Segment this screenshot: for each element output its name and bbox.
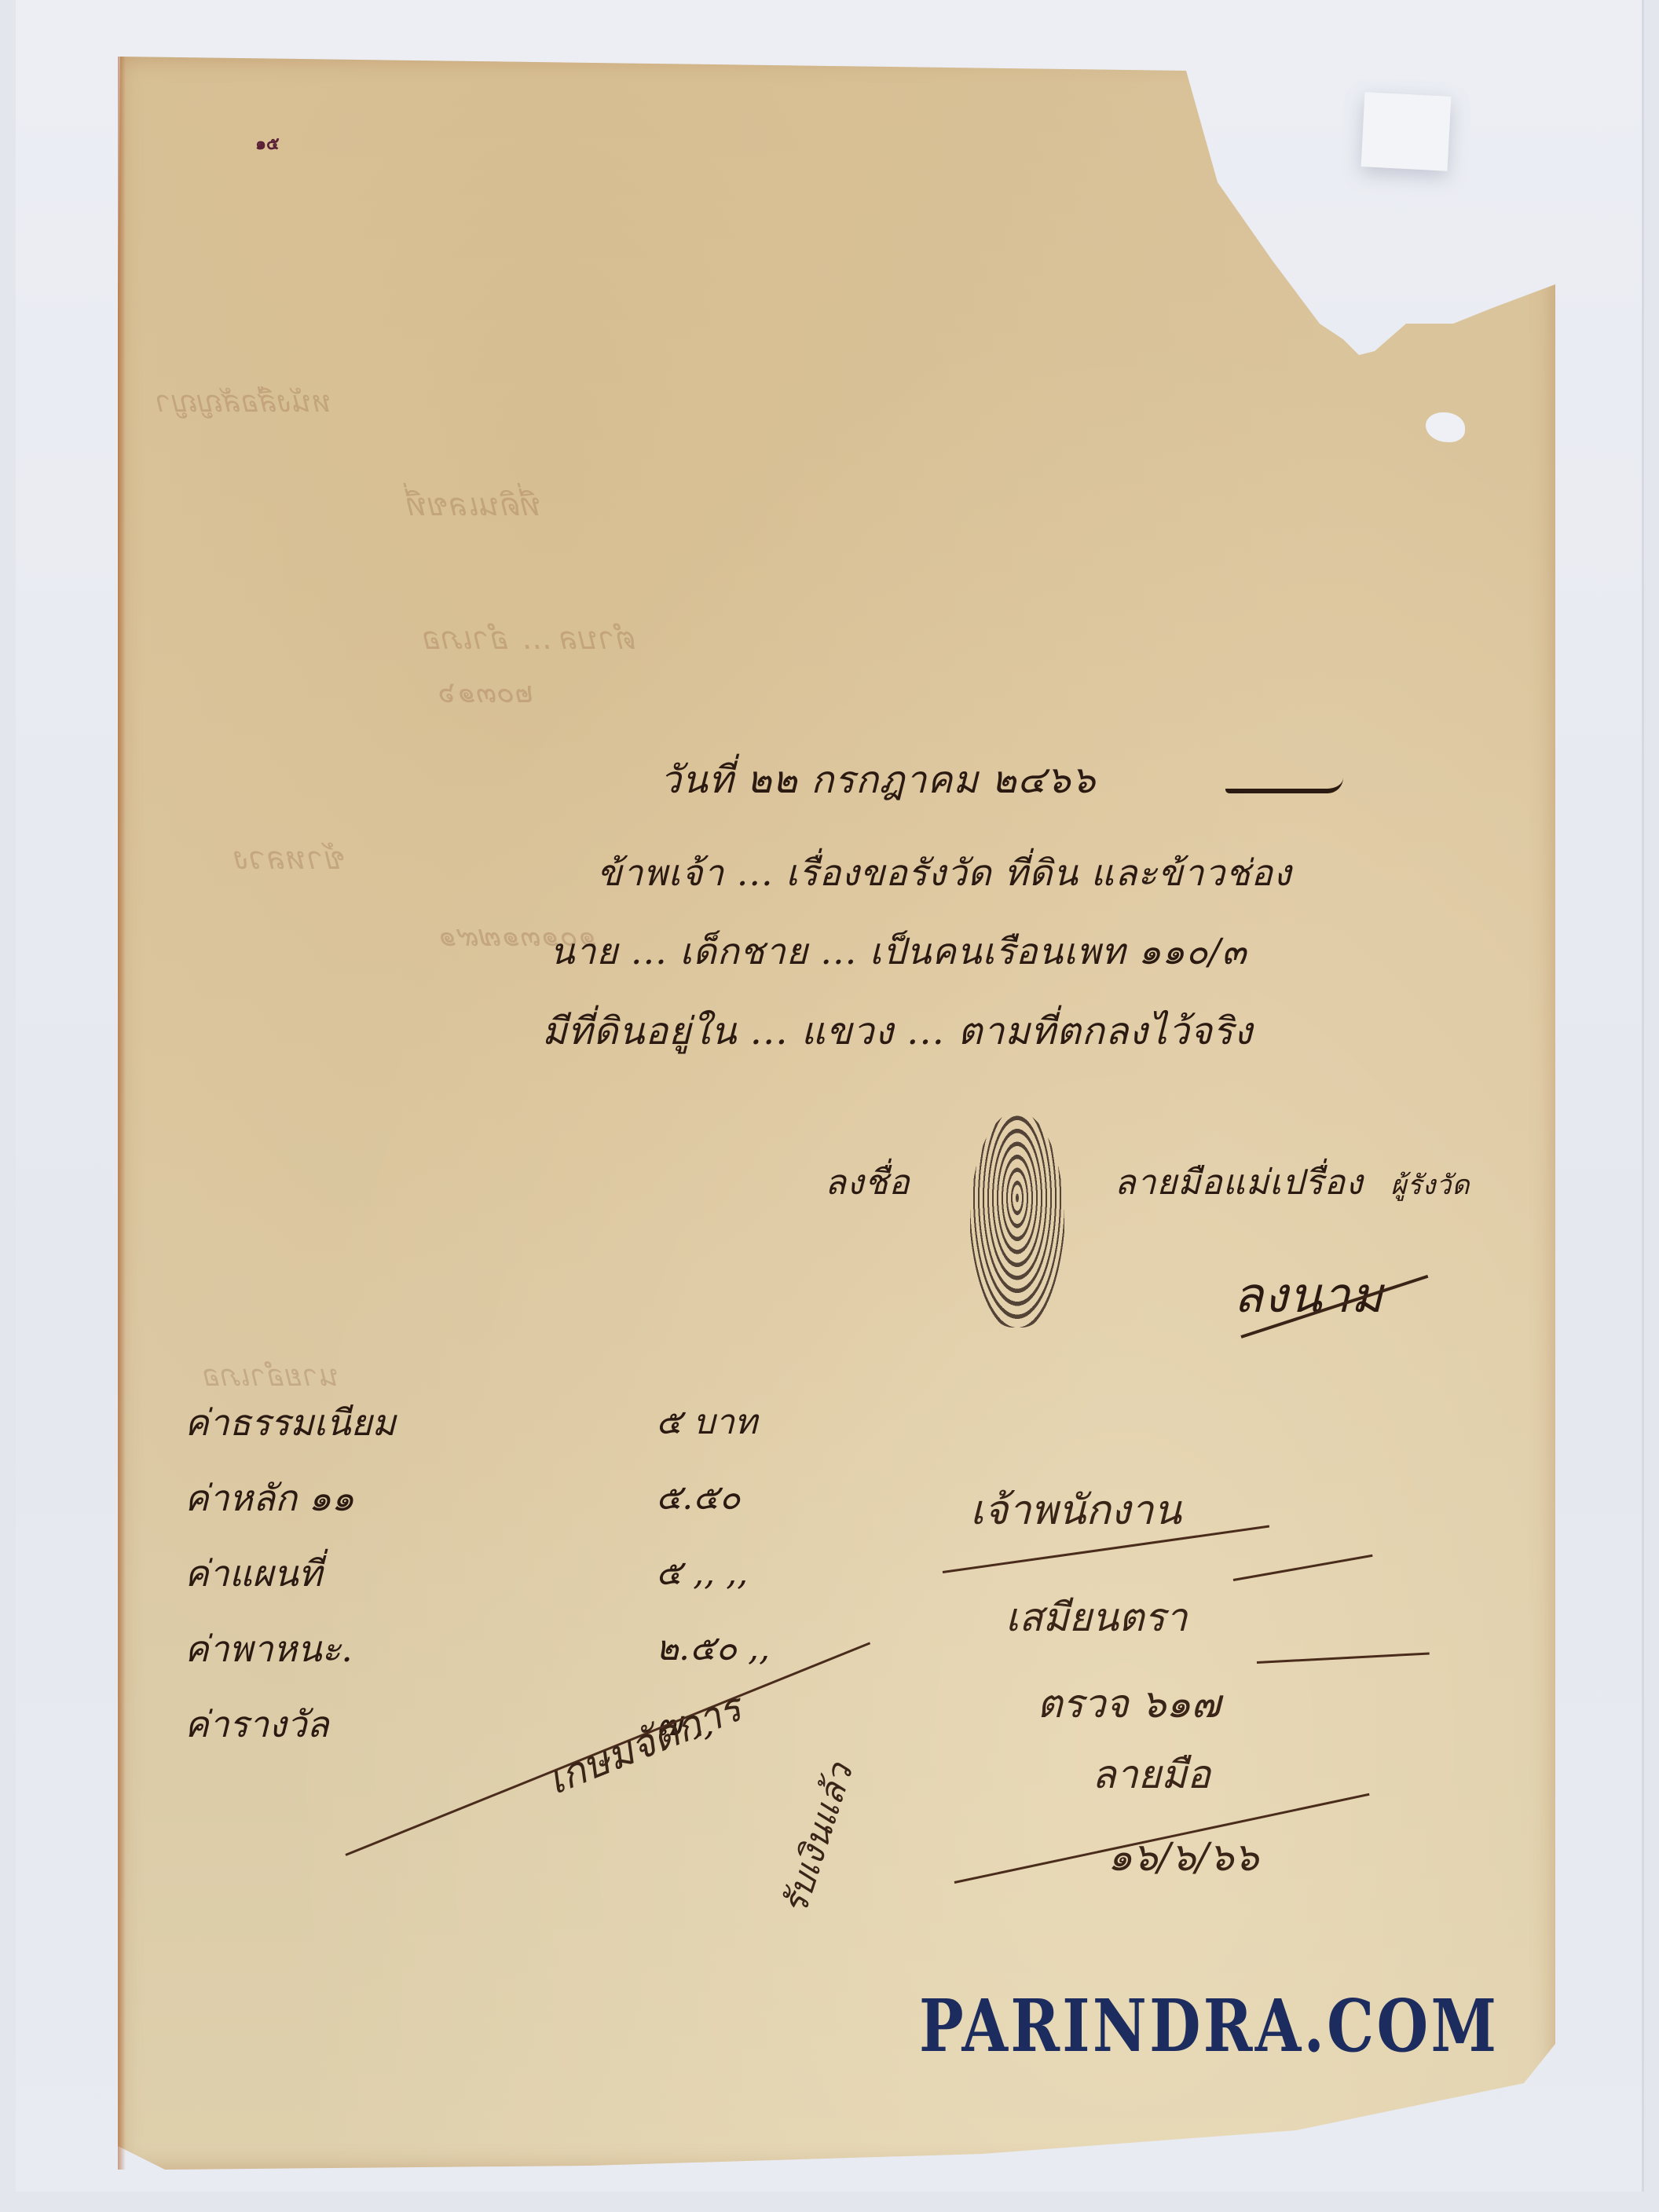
- right-note: ลายมือ: [1092, 1744, 1210, 1806]
- fee-label: ค่าพาหนะ.: [185, 1621, 353, 1678]
- signature-line: ลงชื่อ ลายมือแม่เปรื่อง ผู้รังวัด: [825, 1155, 1470, 1210]
- document-body-line: ข้าพเจ้า ... เรื่องขอรังวัด ที่ดิน และข้…: [597, 844, 1292, 902]
- fee-label: ค่าหลัก ๑๑: [185, 1470, 354, 1527]
- bleed-through-text: นายอำเภอ: [204, 1351, 342, 1399]
- corner-ink-mark: ๑๕: [255, 130, 280, 157]
- bleed-through-text: ๒๐๓๑๖: [440, 668, 536, 716]
- right-note: ตรวจ ๖๑๗: [1037, 1673, 1221, 1735]
- signature-prefix: ลงชื่อ: [825, 1163, 910, 1203]
- sleeve-tab: [1361, 92, 1452, 171]
- watermark-logo: PARINDRA.COM: [919, 1983, 1499, 2068]
- bleed-through-text: ที่ดินเลขที่: [408, 479, 544, 529]
- document-body-line: นาย ... เด็กชาย ... เป็นคนเรือนเพท ๑๑๐/๓: [550, 923, 1247, 980]
- document-body-line: มีที่ดินอยู่ใน ... แขวง ... ตามที่ตกลงไว…: [542, 1002, 1253, 1061]
- fee-value: ๒.๕๐ ,,: [656, 1621, 770, 1675]
- right-note: เสมียนตรา: [1005, 1587, 1187, 1649]
- fee-label: ค่ารางวัล: [185, 1696, 329, 1753]
- fee-value: ๕.๕๐: [656, 1470, 740, 1525]
- fingerprint-icon: [970, 1111, 1064, 1328]
- right-note: ๑๖/๖/๖๖: [1108, 1826, 1258, 1888]
- bleed-through-text: ข้าหลวง: [236, 833, 348, 883]
- fee-value: ๕ บาท: [656, 1394, 757, 1449]
- right-note: เจ้าพนักงาน: [970, 1477, 1181, 1542]
- signature-text: ลายมือแม่เปรื่อง: [1115, 1163, 1364, 1203]
- bleed-through-text: ตำบล ... อำเภอ: [424, 613, 638, 663]
- aged-paper-edge: [118, 57, 126, 2170]
- signature-role: ผู้รังวัด: [1391, 1170, 1470, 1201]
- fee-label: ค่าธรรมเนียม: [185, 1394, 396, 1452]
- fee-label: ค่าแผนที่: [185, 1545, 322, 1602]
- flourish-stroke: [1225, 778, 1343, 793]
- bleed-through-text: หนังสือสัญญา: [157, 377, 334, 425]
- document-date-line: วันที่ ๒๒ กรกฎาคม ๒๔๖๖: [660, 750, 1096, 810]
- fee-value: ๕ ,, ,,: [656, 1545, 748, 1600]
